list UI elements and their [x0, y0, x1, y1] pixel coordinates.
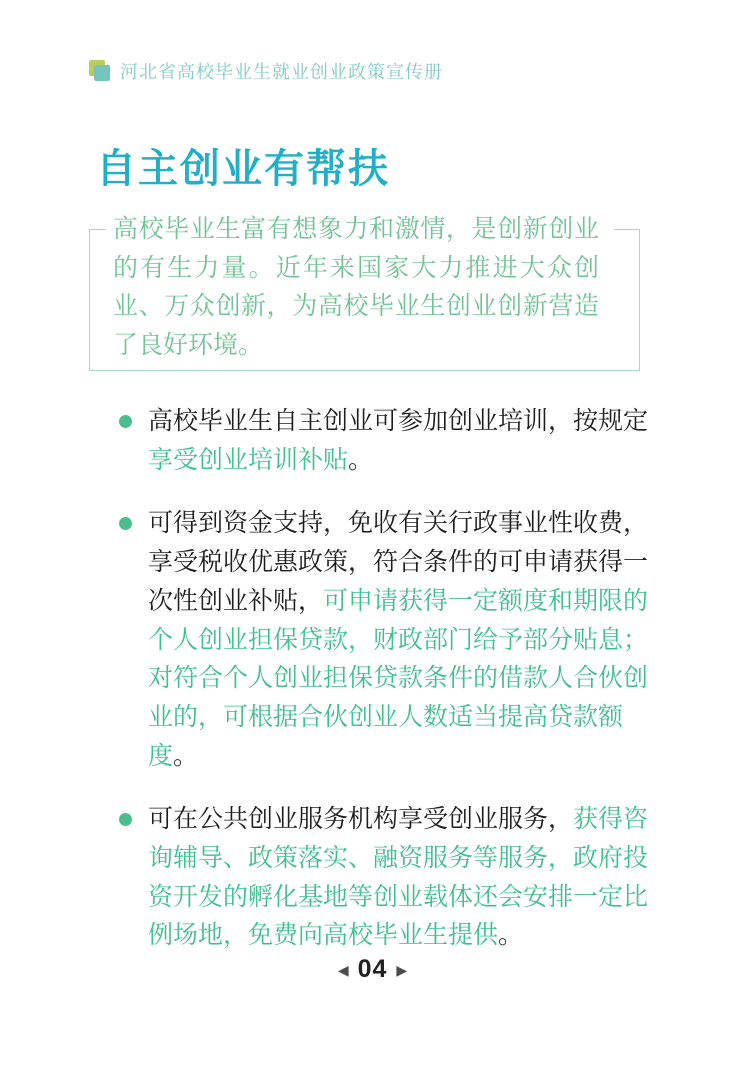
bullet-text: 可在公共创业服务机构享受创业服务，获得咨询辅导、政策落实、融资服务等服务，政府投… [148, 800, 659, 955]
next-arrow-icon: ▶ [396, 963, 407, 977]
page-number: 04 [358, 955, 388, 984]
bullet-text-segment: 可在公共创业服务机构享受创业服务， [148, 805, 573, 833]
brochure-header: 河北省高校毕业生就业创业政策宣传册 [89, 58, 443, 84]
list-item: 可得到资金支持，免收有关行政事业性收费，享受税收优惠政策，符合条件的可申请获得一… [119, 504, 659, 775]
intro-quote-text: 高校毕业生富有想象力和激情，是创新创业的有生力量。近年来国家大力推进大众创业、万… [113, 210, 599, 370]
bullet-text-segment: 。 [498, 921, 523, 949]
intro-quote-box: 高校毕业生富有想象力和激情，是创新创业的有生力量。近年来国家大力推进大众创业、万… [89, 229, 640, 371]
bullet-text: 高校毕业生自主创业可参加创业培训，按规定享受创业培训补贴。 [148, 402, 659, 479]
bullet-text-segment: 。 [173, 742, 198, 770]
bullet-dot-icon [119, 517, 132, 530]
overlapping-squares-icon [89, 60, 111, 82]
list-item: 高校毕业生自主创业可参加创业培训，按规定享受创业培训补贴。 [119, 402, 659, 479]
list-item: 可在公共创业服务机构享受创业服务，获得咨询辅导、政策落实、融资服务等服务，政府投… [119, 800, 659, 955]
page-container: 河北省高校毕业生就业创业政策宣传册 自主创业有帮扶 高校毕业生富有想象力和激情，… [0, 0, 745, 1068]
bullet-list: 高校毕业生自主创业可参加创业培训，按规定享受创业培训补贴。 可得到资金支持，免收… [119, 402, 659, 980]
page-footer: ◀ 04 ▶ [0, 955, 745, 984]
bullet-text: 可得到资金支持，免收有关行政事业性收费，享受税收优惠政策，符合条件的可申请获得一… [148, 504, 659, 775]
bullet-text-segment: 高校毕业生自主创业可参加创业培训，按规定 [148, 407, 648, 435]
logo-front-square [94, 65, 110, 81]
prev-arrow-icon: ◀ [338, 963, 349, 977]
brochure-title: 河北省高校毕业生就业创业政策宣传册 [120, 58, 443, 84]
bullet-text-segment: 享受创业培训补贴 [148, 446, 348, 474]
bullet-dot-icon [119, 813, 132, 826]
bullet-text-segment: 。 [348, 446, 373, 474]
bullet-dot-icon [119, 415, 132, 428]
page-title: 自主创业有帮扶 [96, 137, 390, 194]
